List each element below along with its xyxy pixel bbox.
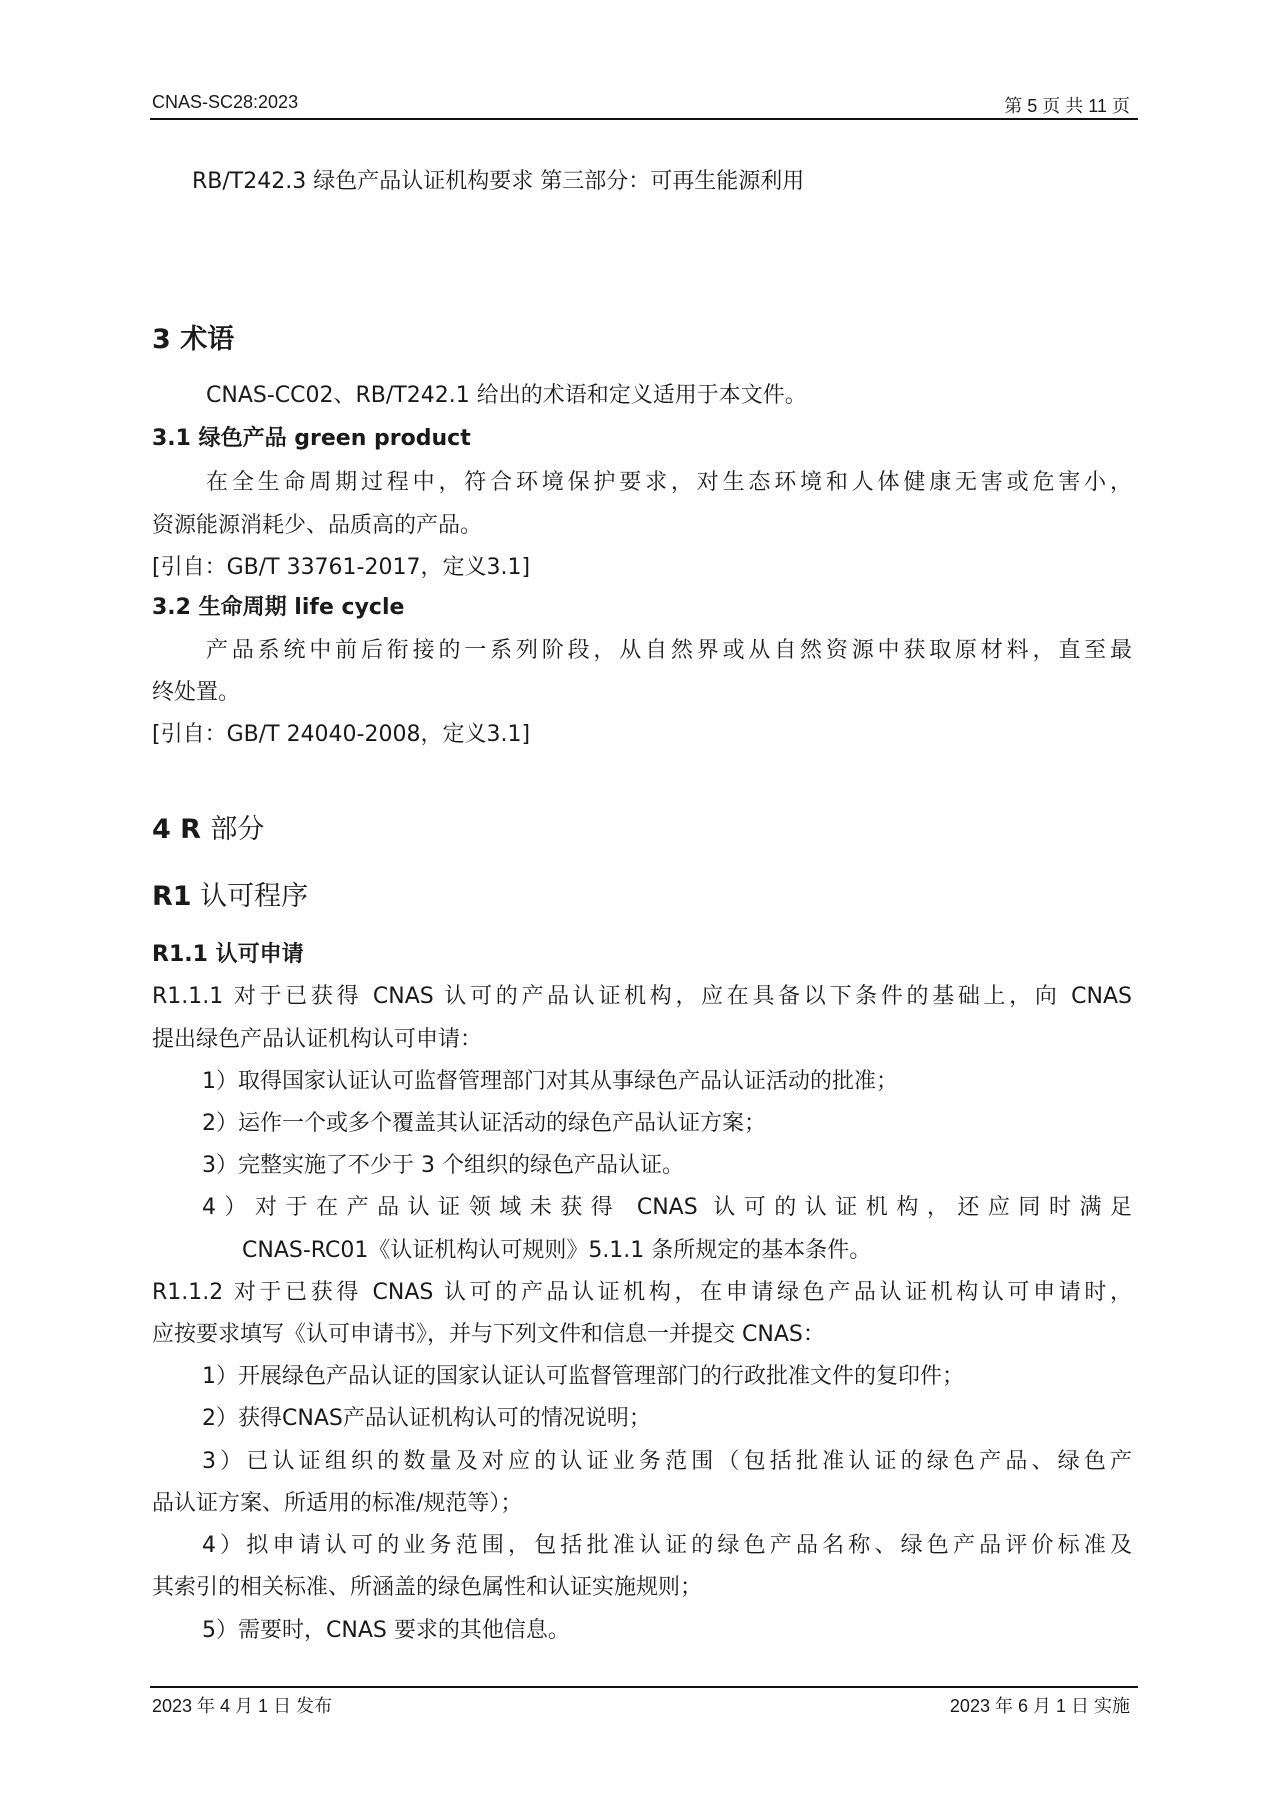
term-3-2-definition-line1: 产品系统中前后衔接的一系列阶段，从自然界或从自然资源中获取原材料，直至最 — [152, 636, 1132, 666]
r1-1-heading: R1.1 认可申请 — [152, 940, 304, 970]
term-3-1-definition-line1: 在全生命周期过程中，符合环境保护要求，对生态环境和人体健康无害或危害小， — [152, 468, 1132, 498]
term-3-1-heading: 3.1 绿色产品 green product — [152, 424, 471, 454]
r1-1-1-item-4-cont: CNAS-RC01《认证机构认可规则》5.1.1 条所规定的基本条件。 — [242, 1236, 871, 1266]
normative-reference: RB/T242.3 绿色产品认证机构要求 第三部分：可再生能源利用 — [192, 167, 804, 197]
terms-intro: CNAS-CC02、RB/T242.1 给出的术语和定义适用于本文件。 — [206, 381, 807, 411]
footer-divider — [150, 1686, 1138, 1688]
r1-1-1-item-2: 2）运作一个或多个覆盖其认证活动的绿色产品认证方案； — [202, 1109, 766, 1139]
r1-1-2-item-3: 3）已认证组织的数量及对应的认证业务范围（包括批准认证的绿色产品、绿色产 — [202, 1447, 1132, 1477]
section-number: 4 R — [152, 814, 201, 845]
clause-number: R1 — [152, 881, 192, 912]
r1-1-2-item-1: 1）开展绿色产品认证的国家认证认可监督管理部门的行政批准文件的复印件； — [202, 1362, 964, 1392]
page-number: 第 5 页 共 11 页 — [1004, 92, 1130, 118]
effective-date: 2023 年 6 月 1 日 实施 — [950, 1692, 1130, 1718]
section-4-heading: 4 R 部分 — [152, 815, 264, 845]
issue-date: 2023 年 4 月 1 日 发布 — [152, 1692, 332, 1718]
clause-title: 认可程序 — [200, 881, 308, 912]
section-number: 3 — [152, 324, 171, 355]
header-divider — [150, 118, 1138, 120]
r1-1-2-line1: R1.1.2 对于已获得 CNAS 认可的产品认证机构，在申请绿色产品认证机构认… — [152, 1278, 1132, 1308]
r1-1-2-item-3-cont: 品认证方案、所适用的标准/规范等）； — [152, 1489, 522, 1519]
r1-1-1-item-4: 4）对于在产品认证领域未获得 CNAS 认可的认证机构，还应同时满足 — [202, 1193, 1132, 1223]
term-3-1-source: [引自：GB/T 33761-2017，定义3.1] — [152, 553, 530, 583]
r1-1-2-line2: 应按要求填写《认可申请书》，并与下列文件和信息一并提交 CNAS： — [152, 1320, 825, 1350]
r1-1-1-line2: 提出绿色产品认证机构认可申请： — [152, 1025, 482, 1055]
section-3-heading: 3 术语 — [152, 325, 234, 355]
r1-1-1-line1: R1.1.1 对于已获得 CNAS 认可的产品认证机构，应在具备以下条件的基础上… — [152, 982, 1132, 1012]
r1-1-2-item-4-cont: 其索引的相关标准、所涵盖的绿色属性和认证实施规则； — [152, 1573, 702, 1603]
r1-1-2-item-2: 2）获得CNAS产品认证机构认可的情况说明； — [202, 1404, 651, 1434]
term-3-2-source: [引自：GB/T 24040-2008，定义3.1] — [152, 720, 530, 750]
r1-heading: R1 认可程序 — [152, 882, 308, 912]
r1-1-2-item-5: 5）需要时，CNAS 要求的其他信息。 — [202, 1616, 570, 1646]
term-3-2-heading: 3.2 生命周期 life cycle — [152, 593, 404, 623]
r1-1-2-item-4: 4）拟申请认可的业务范围，包括批准认证的绿色产品名称、绿色产品评价标准及 — [202, 1531, 1132, 1561]
r1-1-1-item-3: 3）完整实施了不少于 3 个组织的绿色产品认证。 — [202, 1151, 684, 1181]
term-3-2-definition-line2: 终处置。 — [152, 678, 240, 708]
r1-1-1-item-1: 1）取得国家认证认可监督管理部门对其从事绿色产品认证活动的批准； — [202, 1067, 898, 1097]
document-id: CNAS-SC28:2023 — [152, 92, 298, 113]
section-title: 部分 — [210, 814, 264, 845]
section-title: 术语 — [180, 324, 234, 355]
term-3-1-definition-line2: 资源能源消耗少、品质高的产品。 — [152, 511, 482, 541]
